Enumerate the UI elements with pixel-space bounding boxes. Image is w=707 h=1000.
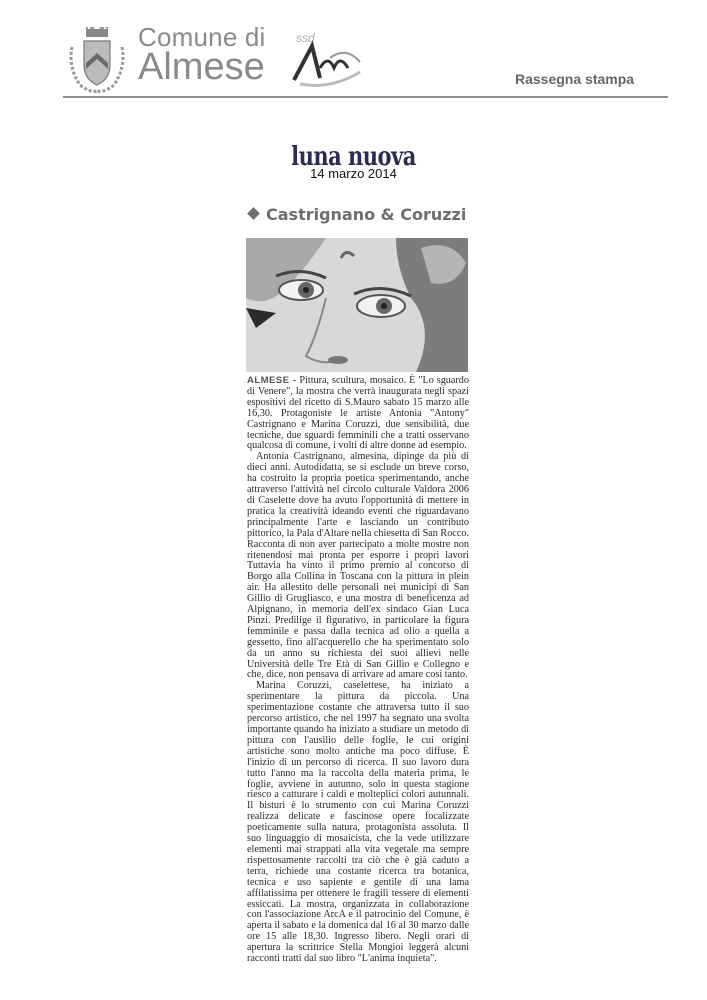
article-paragraph: ALMESE - Pittura, scultura, mosaico. È "… xyxy=(247,376,469,452)
section-label: Rassegna stampa xyxy=(515,71,634,87)
header-divider xyxy=(63,96,668,98)
article-paragraph: Antonia Castrignano, almesina, dipinge d… xyxy=(247,452,469,681)
article-dateline: ALMESE - xyxy=(247,375,296,386)
article-title-text: Castrignano & Coruzzi xyxy=(266,205,466,224)
article-photo xyxy=(246,238,468,372)
municipal-crest-icon xyxy=(66,27,128,95)
article-title: Castrignano & Coruzzi xyxy=(249,205,466,224)
publication-date: 14 marzo 2014 xyxy=(0,166,707,181)
am-logo-icon: ssd xyxy=(290,28,365,90)
article-body: ALMESE - Pittura, scultura, mosaico. È "… xyxy=(247,376,469,965)
brand-wordmark: Comune di Almese xyxy=(138,24,266,86)
painting-face-image xyxy=(246,238,468,372)
page-header: Comune di Almese ssd Rassegna stampa xyxy=(0,0,707,100)
brand-line-2: Almese xyxy=(138,48,266,86)
article-paragraph: Marina Coruzzi, caselettese, ha iniziato… xyxy=(247,681,469,965)
diamond-bullet-icon xyxy=(247,207,260,220)
